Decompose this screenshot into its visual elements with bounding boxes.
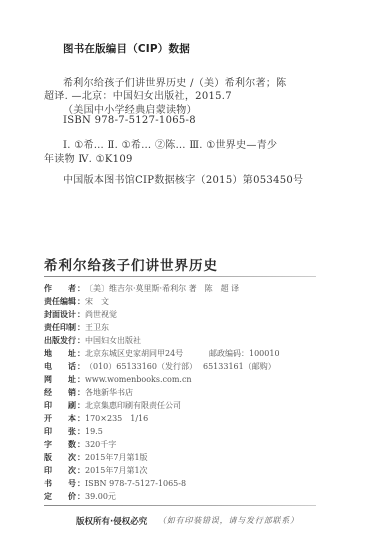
info-label: 定 价： (44, 491, 85, 502)
info-value: 北京东城区史家胡同甲24号 (85, 348, 209, 359)
info-row-printer: 印 刷： 北京集惠印刷有限责任公司 (44, 400, 181, 411)
info-row-word-count: 字 数： 320千字 (44, 439, 116, 450)
cip-line-publisher: 超译. —北京：中国妇女出版社，2015.7 (44, 87, 232, 102)
cip-line-subjects: Ⅰ. ①希… Ⅱ. ①希… ②陈… Ⅲ. ①世界史—青少 (63, 136, 277, 151)
info-row-isbn: 书 号： ISBN 978-7-5127-1065-8 (44, 478, 186, 489)
info-row-address: 地 址： 北京东城区史家胡同甲24号 邮政编码：100010 (44, 348, 280, 359)
info-label: 封面设计： (44, 309, 85, 320)
info-row-printing: 印 次： 2015年7月第1次 (44, 465, 148, 476)
info-label: 电 话： (44, 361, 85, 372)
info-label: 地 址： (44, 348, 85, 359)
footer-divider (44, 505, 316, 506)
info-value: 宋 文 (85, 296, 109, 307)
phone-mail-order: 65133161（邮购） (203, 361, 276, 372)
info-value: 尚世视觉 (85, 309, 117, 320)
info-row-website: 网 址： www.womenbooks.com.cn (44, 374, 192, 385)
info-label: 网 址： (44, 374, 85, 385)
cip-heading: 图书在版编目（CIP）数据 (63, 41, 190, 56)
info-value: ISBN 978-7-5127-1065-8 (85, 479, 186, 488)
info-label: 出版发行： (44, 335, 85, 346)
info-value: 2015年7月第1次 (85, 465, 148, 476)
info-label: 印 次： (44, 465, 85, 476)
info-value: 320千字 (85, 439, 116, 450)
info-value: 北京集惠印刷有限责任公司 (85, 400, 181, 411)
info-value: 各地新华书店 (85, 387, 133, 398)
info-row-cover-design: 封面设计： 尚世视觉 (44, 309, 117, 320)
postal-code: 邮政编码：100010 (209, 348, 280, 359)
info-row-format: 开 本： 170×235 1/16 (44, 413, 148, 424)
info-label: 字 数： (44, 439, 85, 450)
cip-line-record-number: 中国版本图书馆CIP数据核字（2015）第053450号 (63, 171, 303, 186)
website-link[interactable]: www.womenbooks.com.cn (85, 375, 192, 384)
info-label: 版 次： (44, 452, 85, 463)
info-row-distributor: 经 销： 各地新华书店 (44, 387, 133, 398)
cip-line-classification: 年读物 Ⅳ. ①K109 (44, 150, 133, 165)
info-value: （010）65133160（发行部） (85, 361, 203, 372)
info-value: 〔美〕维吉尔·莫里斯·希利尔 著 陈 超 译 (85, 283, 239, 294)
info-label: 经 销： (44, 387, 85, 398)
info-row-print-manager: 责任印制： 王卫东 (44, 322, 109, 333)
info-label: 开 本： (44, 413, 85, 424)
cip-line-isbn: ISBN 978-7-5127-1065-8 (63, 115, 196, 126)
info-row-author: 作 者： 〔美〕维吉尔·莫里斯·希利尔 著 陈 超 译 (44, 283, 239, 294)
info-label: 印 张： (44, 426, 85, 437)
cip-line-series: （美国中小学经典启蒙读物） (63, 101, 197, 116)
copyright-notice: 版权所有·侵权必究 (76, 515, 147, 527)
info-value: 中国妇女出版社 (85, 335, 141, 346)
info-label: 书 号： (44, 478, 85, 489)
info-row-price: 定 价： 39.00元 (44, 491, 116, 502)
info-label: 责任编辑： (44, 296, 85, 307)
info-label: 印 刷： (44, 400, 85, 411)
info-value: 170×235 1/16 (85, 413, 148, 424)
title-divider (44, 276, 316, 277)
info-value: 2015年7月第1版 (85, 452, 148, 463)
info-value: 王卫东 (85, 322, 109, 333)
info-value: 39.00元 (85, 491, 116, 502)
info-row-edition: 版 次： 2015年7月第1版 (44, 452, 148, 463)
info-label: 作 者： (44, 283, 85, 294)
info-row-sheets: 印 张： 19.5 (44, 426, 103, 437)
info-row-phone: 电 话： （010）65133160（发行部） 65133161（邮购） (44, 361, 276, 372)
info-row-publisher: 出版发行： 中国妇女出版社 (44, 335, 141, 346)
info-value: 19.5 (85, 427, 103, 436)
info-label: 责任印制： (44, 322, 85, 333)
book-title: 希利尔给孩子们讲世界历史 (44, 254, 218, 274)
info-row-editor: 责任编辑： 宋 文 (44, 296, 109, 307)
misprint-note: （如有印装错误，请与发行部联系） (158, 515, 299, 526)
